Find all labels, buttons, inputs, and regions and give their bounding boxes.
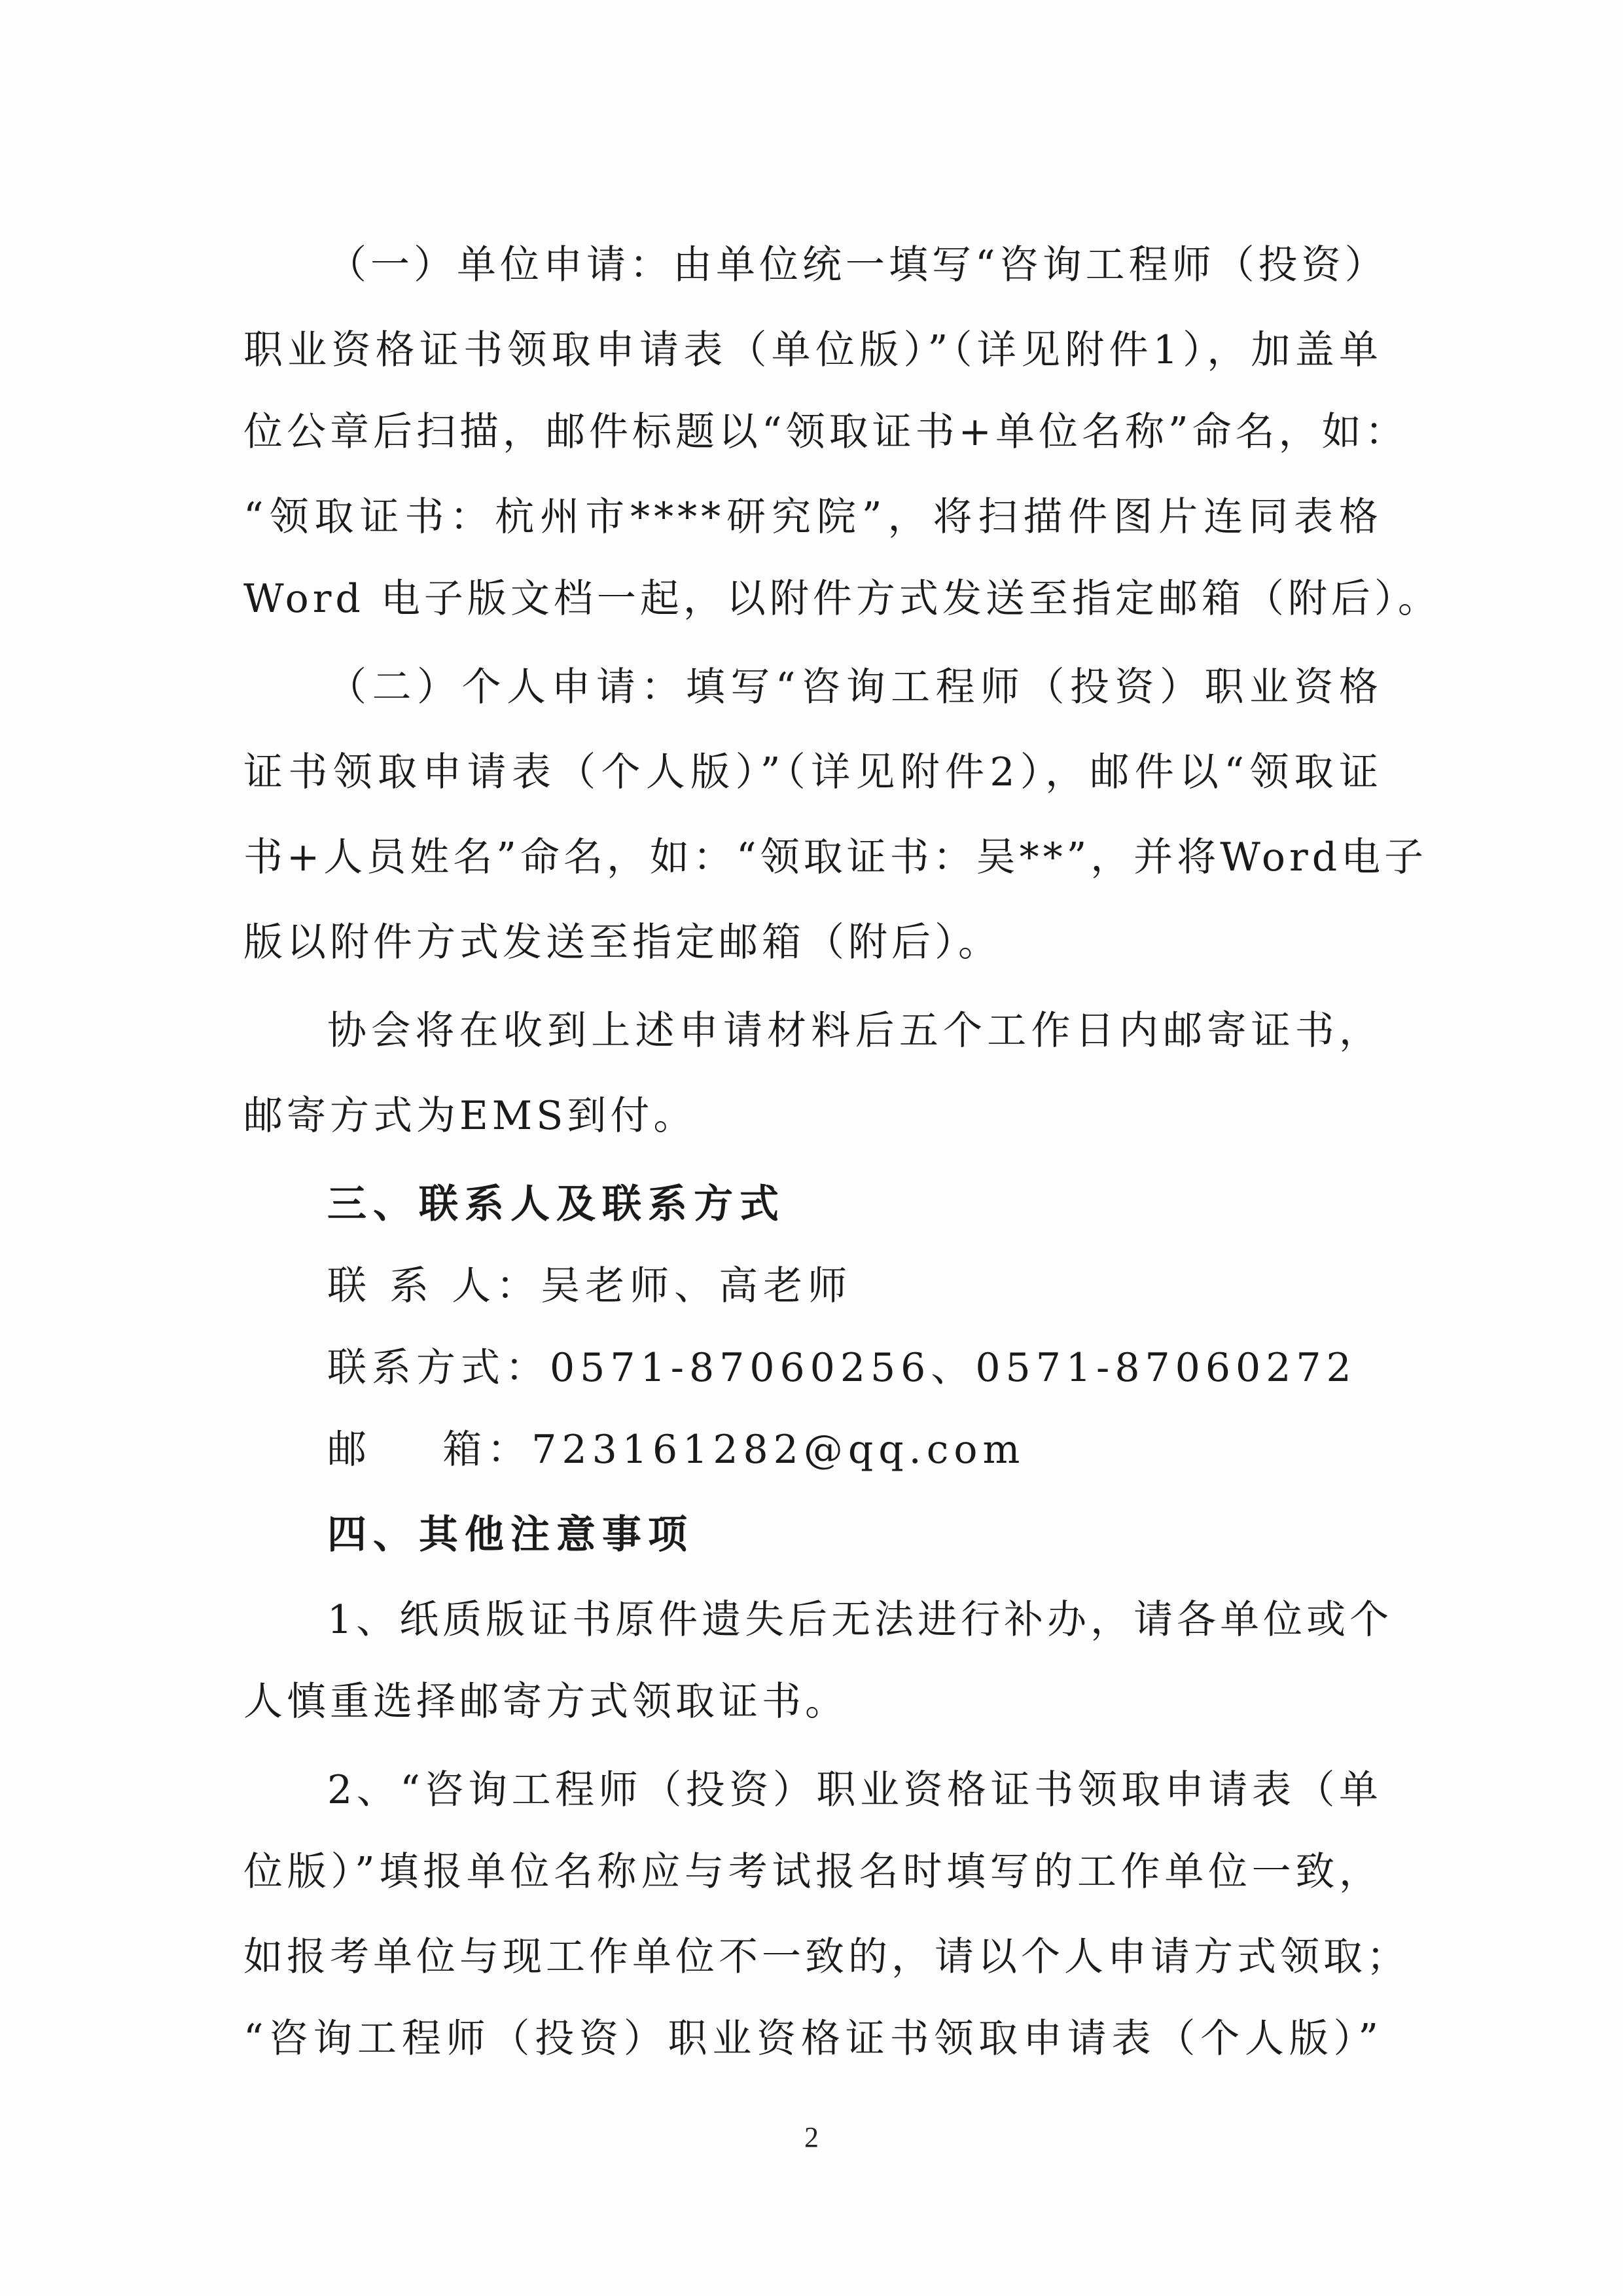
document-page: （一）单位申请：由单位统一填写“咨询工程师（投资） 职业资格证书领取申请表（单位… [0, 0, 1623, 2296]
mailing-note-line-1: 协会将在收到上述申请材料后五个工作日内邮寄证书， [327, 1005, 1382, 1057]
section-3-heading: 三、联系人及联系方式 [327, 1178, 1382, 1230]
page-number: 2 [0, 2121, 1623, 2154]
unit-application-line-5: Word 电子版文档一起，以附件方式发送至指定邮箱（附后）。 [243, 573, 1382, 625]
personal-application-line-4: 版以附件方式发送至指定邮箱（附后）。 [243, 916, 1382, 969]
note-1-line-2: 人慎重选择邮寄方式领取证书。 [243, 1676, 1382, 1728]
contact-email: 邮 箱：723161282@qq.com [327, 1424, 1382, 1476]
contact-phone: 联系方式：0571-87060256、0571-87060272 [327, 1342, 1382, 1394]
mailing-note-line-2: 邮寄方式为EMS到付。 [243, 1090, 1382, 1142]
note-2-line-1: 2、“咨询工程师（投资）职业资格证书领取申请表（单 [327, 1764, 1382, 1816]
unit-application-line-2: 职业资格证书领取申请表（单位版）”（详见附件1），加盖单 [243, 324, 1382, 376]
personal-application-line-2: 证书领取申请表（个人版）”（详见附件2），邮件以“领取证 [243, 746, 1382, 798]
note-2-line-3: 如报考单位与现工作单位不一致的，请以个人申请方式领取； [243, 1931, 1382, 1983]
unit-application-line-4: “领取证书：杭州市****研究院”，将扫描件图片连同表格 [243, 491, 1382, 543]
note-2-line-2: 位版）”填报单位名称应与考试报名时填写的工作单位一致， [243, 1846, 1382, 1898]
unit-application-line-3: 位公章后扫描，邮件标题以“领取证书+单位名称”命名，如： [243, 406, 1382, 458]
unit-application-line-1: （一）单位申请：由单位统一填写“咨询工程师（投资） [327, 239, 1382, 291]
note-1-line-1: 1、纸质版证书原件遗失后无法进行补办，请各单位或个 [327, 1594, 1382, 1646]
note-2-line-4: “咨询工程师（投资）职业资格证书领取申请表（个人版）” [243, 2013, 1382, 2065]
personal-application-line-1: （二）个人申请：填写“咨询工程师（投资）职业资格 [327, 661, 1382, 713]
section-4-heading: 四、其他注意事项 [327, 1509, 1382, 1561]
personal-application-line-3: 书+人员姓名”命名，如：“领取证书：吴**”，并将Word电子 [243, 831, 1382, 884]
contact-person: 联 系 人：吴老师、高老师 [327, 1260, 1382, 1312]
